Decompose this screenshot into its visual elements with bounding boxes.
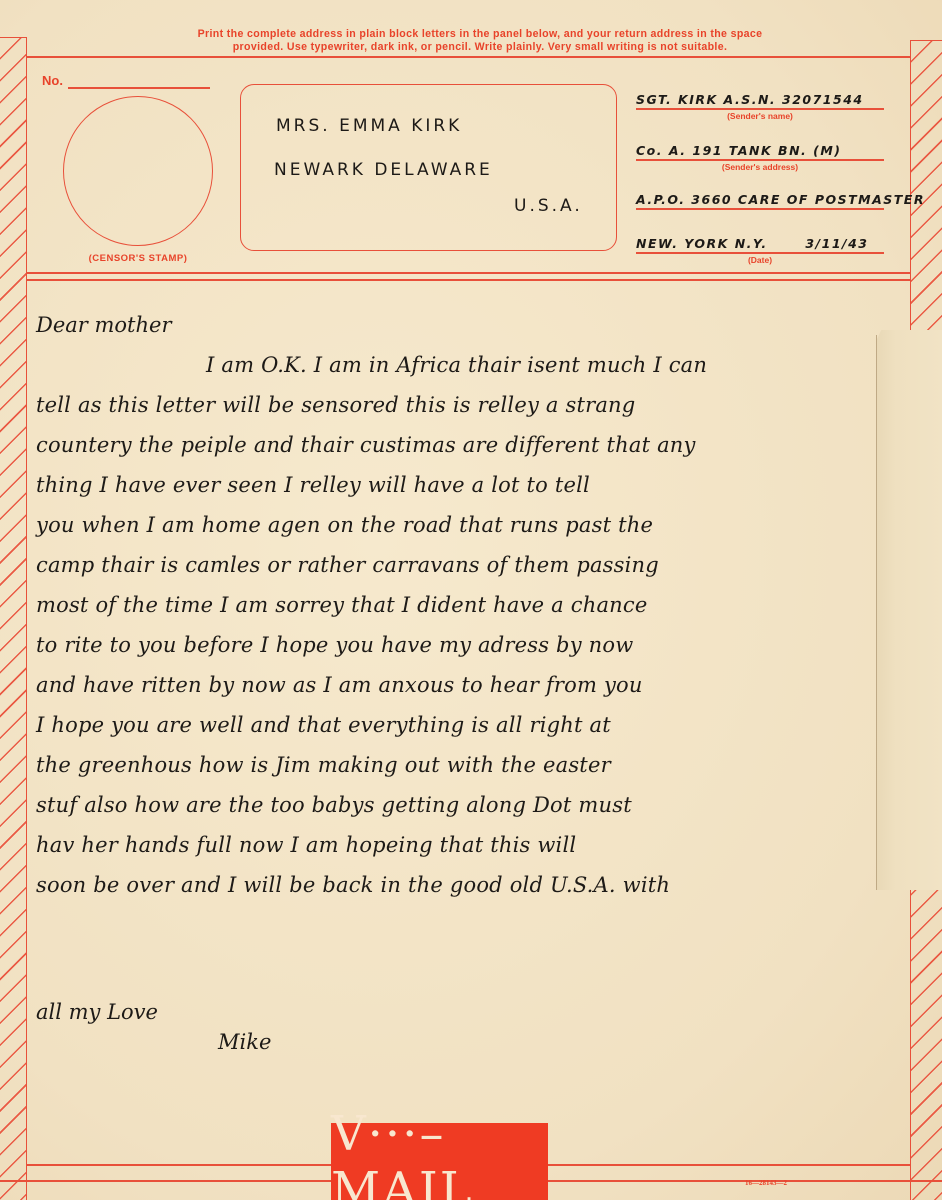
letter-line: camp thair is camles or rather carravans… [36, 545, 876, 585]
recipient-line-1: MRS. EMMA KIRK [276, 116, 462, 136]
sender-name-field: SGT. KIRK A.S.N. 32071544 (Sender's name… [636, 92, 904, 121]
sender-address-2-underline [636, 208, 884, 210]
letter-line: thing I have ever seen I relley will hav… [36, 465, 876, 505]
left-hatched-border [0, 37, 27, 1200]
recipient-line-2: NEWARK DELAWARE [274, 160, 493, 180]
form-number: 16—28143—2 [745, 1179, 787, 1187]
sender-address-caption: (Sender's address) [636, 162, 884, 172]
instructions-line-2: provided. Use typewriter, dark ink, or p… [140, 41, 820, 54]
letter-line: to rite to you before I hope you have my… [36, 625, 876, 665]
letter-date: 3/11/43 [805, 236, 868, 251]
number-field[interactable] [68, 87, 210, 89]
instructions-line-1: Print the complete address in plain bloc… [140, 28, 820, 41]
sender-address-underline [636, 159, 884, 161]
date-caption: (Date) [636, 255, 884, 265]
header-rule-top [27, 272, 910, 274]
sender-city-date: NEW. YORK N.Y. 3/11/43 [636, 236, 904, 251]
letter-line: stuf also how are the too babys getting … [36, 785, 876, 825]
sender-address-field-2: A.P.O. 3660 CARE OF POSTMASTER [636, 192, 904, 210]
letter-line: you when I am home agen on the road that… [36, 505, 876, 545]
sender-name-underline [636, 108, 884, 110]
letter-line: and have ritten by now as I am anxous to… [36, 665, 876, 705]
censor-stamp-circle [63, 96, 213, 246]
salutation: Dear mother [36, 305, 876, 345]
letter-line: the greenhous how is Jim making out with… [36, 745, 876, 785]
sender-address-field: Co. A. 191 TANK BN. (M) (Sender's addres… [636, 143, 904, 172]
date-field: NEW. YORK N.Y. 3/11/43 (Date) [636, 236, 904, 265]
letter-body: Dear mother I am O.K. I am in Africa tha… [36, 305, 876, 905]
fold-flap [876, 330, 942, 890]
number-label: No. [42, 73, 63, 88]
letter-line: I hope you are well and that everything … [36, 705, 876, 745]
letter-closing: all my Love [36, 1000, 158, 1024]
sender-address-line-1: Co. A. 191 TANK BN. (M) [636, 143, 904, 158]
censor-stamp-label: (CENSOR'S STAMP) [60, 253, 216, 264]
sender-name-caption: (Sender's name) [636, 111, 884, 121]
letter-line: countery the peiple and thair custimas a… [36, 425, 876, 465]
letter-line: hav her hands full now I am hopeing that… [36, 825, 876, 865]
date-underline [636, 252, 884, 254]
top-rule [27, 56, 910, 58]
recipient-line-3: U.S.A. [514, 196, 583, 216]
letter-line: soon be over and I will be back in the g… [36, 865, 876, 905]
sender-name-value: SGT. KIRK A.S.N. 32071544 [636, 92, 904, 107]
sender-city: NEW. YORK N.Y. [636, 236, 768, 251]
letter-line: tell as this letter will be sensored thi… [36, 385, 876, 425]
header-rule-bottom [27, 279, 910, 281]
letter-line: most of the time I am sorrey that I dide… [36, 585, 876, 625]
letter-line: I am O.K. I am in Africa thair isent muc… [36, 345, 876, 385]
vmail-logo: V···–MAIL [331, 1123, 548, 1200]
letter-signature: Mike [218, 1030, 271, 1054]
fold-edge [876, 335, 877, 890]
form-instructions: Print the complete address in plain bloc… [140, 28, 820, 54]
sender-address-line-2: A.P.O. 3660 CARE OF POSTMASTER [636, 192, 904, 207]
